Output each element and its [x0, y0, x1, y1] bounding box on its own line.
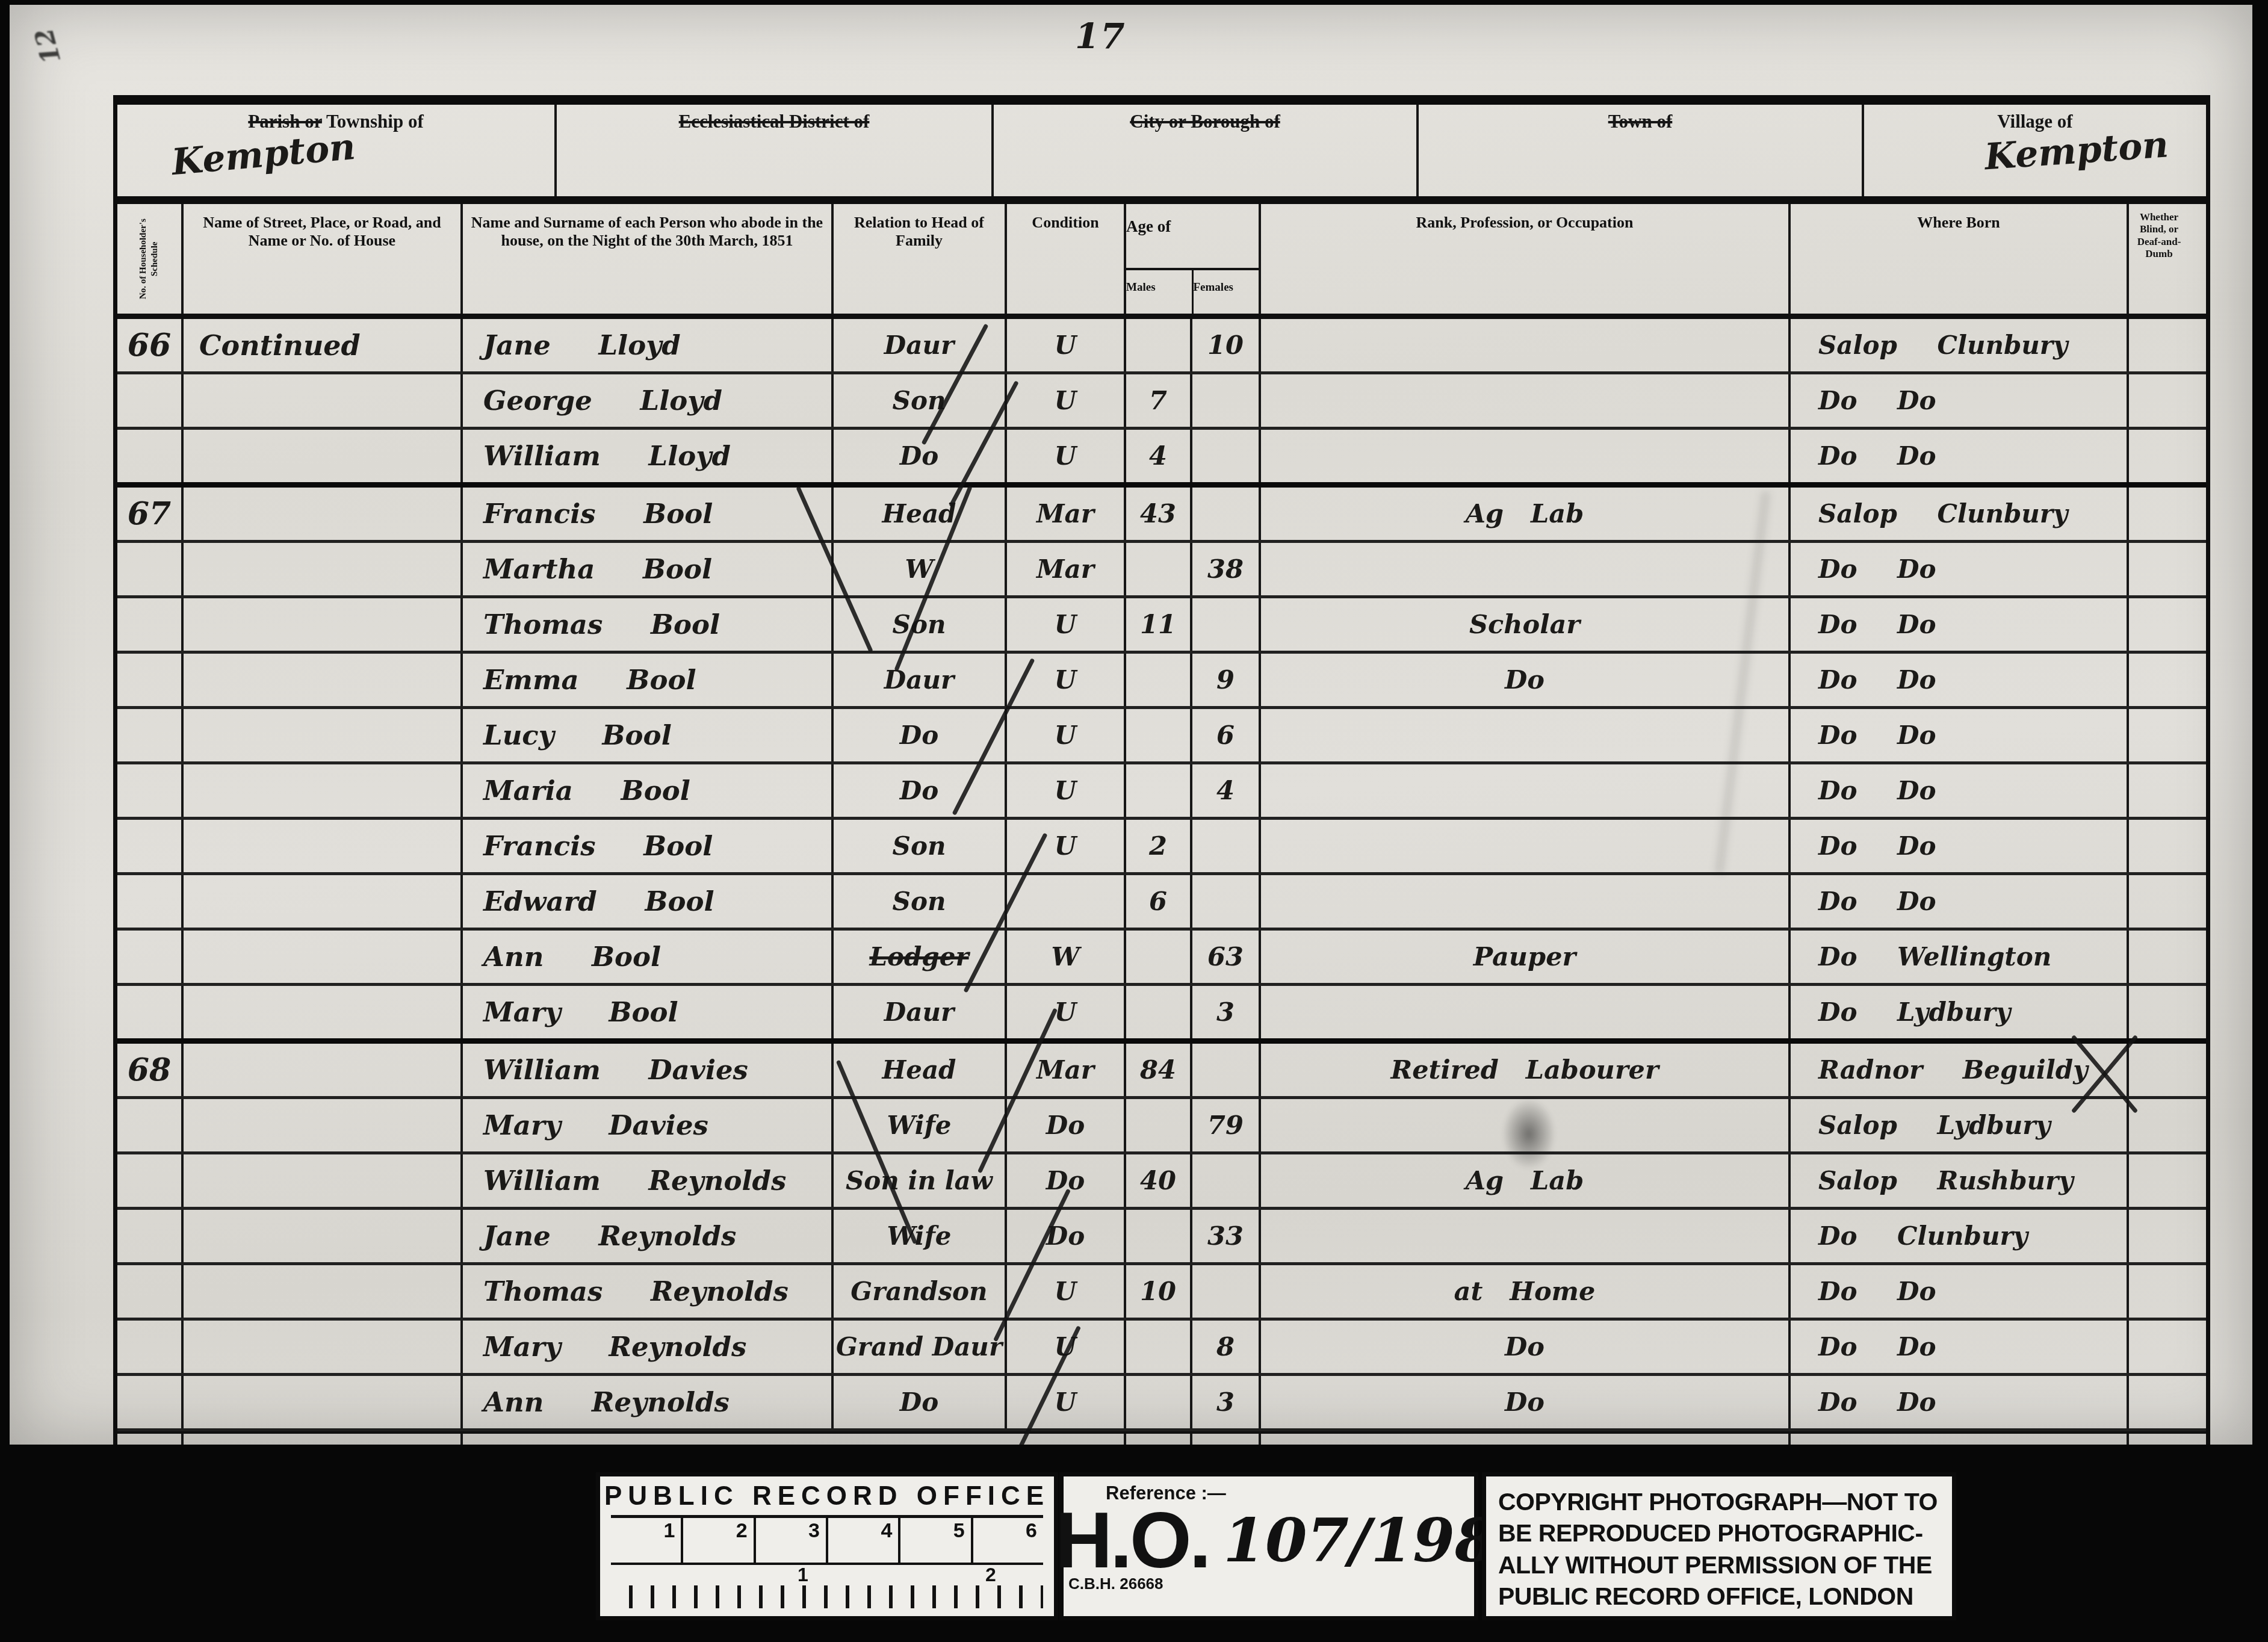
table-row: 67 Francis Bool Head Mar 43 Ag Lab Salop… [117, 488, 2206, 543]
age-subheaders: Males Females [1126, 268, 1259, 314]
condition-cell: U [1007, 709, 1126, 761]
schedule-number [117, 1321, 184, 1373]
blind-cell [2129, 1154, 2189, 1207]
age-female-cell: 10 [1192, 319, 1261, 371]
age-female-cell [1192, 820, 1261, 872]
where-born-cell: Do Lydbury [1791, 986, 2129, 1038]
where-born-cell: Do Do [1791, 374, 2129, 427]
margin-pencil-note: 12 [29, 25, 66, 67]
relation-cell: Son [834, 820, 1007, 872]
blind-cell [2129, 820, 2189, 872]
age-male-cell: 7 [1126, 374, 1192, 427]
relation-cell: Head [834, 488, 1007, 540]
col-occupation-header: Rank, Profession, or Occupation [1261, 204, 1791, 314]
col-schedule-header: No. of Householder's Schedule [117, 204, 184, 314]
occupation-cell [1261, 374, 1791, 427]
heading-town: Town of [1419, 105, 1864, 196]
street-cell [184, 1210, 463, 1262]
condition-cell: Mar [1007, 488, 1126, 540]
where-born-cell: Do Do [1791, 598, 2129, 651]
age-female-cell [1192, 1154, 1261, 1207]
where-born-cell: Do Do [1791, 709, 2129, 761]
age-female-cell: 63 [1192, 931, 1261, 983]
heading-village: Village of Kempton [1864, 105, 2206, 196]
table-row: George Lloyd Son U 7 Do Do [117, 374, 2206, 430]
age-female-cell: 4 [1192, 764, 1261, 817]
census-paper-sheet: 17 12 Parish or Township of Kempton Eccl… [10, 5, 2252, 1445]
table-row: Francis Bool Son U 2 Do Do [117, 820, 2206, 875]
table-row: Mary Bool Daur U 3 Do Lydbury [117, 986, 2206, 1044]
condition-cell: U [1007, 654, 1126, 706]
age-male-cell [1126, 709, 1192, 761]
relation-cell: Daur [834, 319, 1007, 371]
schedule-number [117, 1376, 184, 1428]
schedule-number [117, 709, 184, 761]
age-male-cell [1126, 986, 1192, 1038]
street-cell [184, 430, 463, 482]
condition-cell: Do [1007, 1099, 1126, 1151]
ink-blot [1502, 1098, 1556, 1170]
blind-cell [2129, 875, 2189, 928]
reference-prefix: H.O. [1055, 1495, 1209, 1585]
person-name: Mary Reynolds [463, 1321, 834, 1373]
age-female-cell [1192, 598, 1261, 651]
relation-cell: Daur [834, 986, 1007, 1038]
relation-cell: Son [834, 374, 1007, 427]
relation-cell: Head [834, 1044, 1007, 1096]
age-male-cell: 84 [1126, 1044, 1192, 1096]
person-name: Thomas Bool [463, 598, 834, 651]
cbh-number: C.B.H. 26668 [1068, 1575, 1474, 1593]
occupation-cell [1261, 764, 1791, 817]
relation-cell: Daur [834, 654, 1007, 706]
age-female-cell [1192, 430, 1261, 482]
age-male-cell: 6 [1126, 875, 1192, 928]
occupation-cell: Pauper [1261, 931, 1791, 983]
table-row: Thomas Bool Son U 11 Scholar Do Do [117, 598, 2206, 654]
person-name: Maria Bool [463, 764, 834, 817]
person-name: Edward Bool [463, 875, 834, 928]
person-name: Martha Bool [463, 543, 834, 595]
ruler-scale: 1 2 3 4 5 6 1 2 [611, 1515, 1043, 1608]
parish-value: Kempton [170, 126, 358, 184]
table-row: Ann Bool Lodger W 63 Pauper Do Wellingto… [117, 931, 2206, 986]
condition-cell: Mar [1007, 543, 1126, 595]
condition-cell [1007, 875, 1126, 928]
blind-cell [2129, 430, 2189, 482]
relation-cell: Grandson [834, 1265, 1007, 1318]
pro-title: PUBLIC RECORD OFFICE [600, 1481, 1054, 1511]
condition-cell: U [1007, 986, 1126, 1038]
age-female-cell [1192, 1265, 1261, 1318]
age-female-cell [1192, 374, 1261, 427]
person-name: Ann Bool [463, 931, 834, 983]
age-male-cell: 40 [1126, 1154, 1192, 1207]
occupation-cell [1261, 543, 1791, 595]
table-row: Martha Bool W Mar 38 Do Do [117, 543, 2206, 598]
relation-cell: Do [834, 430, 1007, 482]
occupation-cell: Do [1261, 654, 1791, 706]
blind-cell [2129, 1376, 2189, 1428]
table-row: Emma Bool Daur U 9 Do Do Do [117, 654, 2206, 709]
table-row: Thomas Reynolds Grandson U 10 at Home Do… [117, 1265, 2206, 1321]
age-female-cell [1192, 488, 1261, 540]
condition-cell: U [1007, 764, 1126, 817]
age-female-cell: 8 [1192, 1321, 1261, 1373]
condition-cell: U [1007, 374, 1126, 427]
condition-cell: U [1007, 820, 1126, 872]
age-male-cell [1126, 1321, 1192, 1373]
where-born-cell: Do Do [1791, 1265, 2129, 1318]
age-male-cell [1126, 1376, 1192, 1428]
street-cell [184, 488, 463, 540]
town-label: Town of [1419, 111, 1862, 132]
blind-cell [2129, 986, 2189, 1038]
age-female-cell: 3 [1192, 1376, 1261, 1428]
heading-ecclesiastical: Ecclesiastical District of [557, 105, 994, 196]
table-row: Jane Reynolds Wife Do 33 Do Clunbury [117, 1210, 2206, 1265]
person-name: William Lloyd [463, 430, 834, 482]
table-row: 66 Continued Jane Lloyd Daur U 10 Salop … [117, 319, 2206, 374]
person-name: Jane Lloyd [463, 319, 834, 371]
age-female-cell: 38 [1192, 543, 1261, 595]
street-cell [184, 1154, 463, 1207]
relation-cell: Grand Daur [834, 1321, 1007, 1373]
schedule-number: 67 [117, 488, 184, 540]
age-female-cell: 6 [1192, 709, 1261, 761]
col-born-header: Where Born [1791, 204, 2129, 314]
where-born-cell: Do Wellington [1791, 931, 2129, 983]
street-cell [184, 1044, 463, 1096]
where-born-cell: Salop Clunbury [1791, 488, 2129, 540]
age-male-cell [1126, 319, 1192, 371]
photo-caption-band: PUBLIC RECORD OFFICE 1 2 3 4 5 6 1 2 Ref… [0, 1445, 2268, 1642]
table-row: Ann Reynolds Do U 3 Do Do Do [117, 1376, 2206, 1431]
blind-cell [2129, 1210, 2189, 1262]
table-row: Mary Davies Wife Do 79 Salop Lydbury [117, 1099, 2206, 1154]
district-heading-row: Parish or Township of Kempton Ecclesiast… [117, 105, 2206, 204]
col-age-header: Age of Males Females [1126, 204, 1261, 314]
street-cell [184, 1099, 463, 1151]
schedule-number [117, 931, 184, 983]
age-male-cell: 4 [1126, 430, 1192, 482]
census-scan-page: 17 12 Parish or Township of Kempton Eccl… [0, 0, 2268, 1642]
where-born-cell: Do Do [1791, 1376, 2129, 1428]
age-male-cell [1126, 931, 1192, 983]
occupation-cell: Do [1261, 1376, 1791, 1428]
blind-cell [2129, 709, 2189, 761]
relation-cell: Do [834, 1376, 1007, 1428]
where-born-cell: Do Clunbury [1791, 1210, 2129, 1262]
blind-cell [2129, 374, 2189, 427]
schedule-number [117, 764, 184, 817]
census-table: Parish or Township of Kempton Ecclesiast… [113, 95, 2210, 1507]
table-row: William Lloyd Do U 4 Do Do [117, 430, 2206, 488]
occupation-cell: Retired Labourer [1261, 1044, 1791, 1096]
age-female-cell: 3 [1192, 986, 1261, 1038]
schedule-number [117, 820, 184, 872]
street-cell [184, 709, 463, 761]
age-male-cell [1126, 654, 1192, 706]
schedule-number [117, 1210, 184, 1262]
table-row: Edward Bool Son 6 Do Do [117, 875, 2206, 931]
schedule-number [117, 543, 184, 595]
males-label: Males [1126, 270, 1192, 314]
where-born-cell: Do Do [1791, 1321, 2129, 1373]
occupation-cell: Do [1261, 1321, 1791, 1373]
blind-cell [2129, 1321, 2189, 1373]
relation-cell: W [834, 543, 1007, 595]
age-male-cell: 11 [1126, 598, 1192, 651]
table-row: William Reynolds Son in law Do 40 Ag Lab… [117, 1154, 2206, 1210]
blind-cell [2129, 598, 2189, 651]
age-female-cell: 79 [1192, 1099, 1261, 1151]
condition-cell: U [1007, 319, 1126, 371]
blind-cell [2129, 931, 2189, 983]
age-male-cell: 2 [1126, 820, 1192, 872]
occupation-cell [1261, 709, 1791, 761]
condition-cell: U [1007, 430, 1126, 482]
street-cell [184, 654, 463, 706]
ruler-inch-scale: 1 2 [611, 1565, 1043, 1608]
street-cell [184, 820, 463, 872]
schedule-number [117, 986, 184, 1038]
where-born-cell: Salop Rushbury [1791, 1154, 2129, 1207]
condition-cell: U [1007, 1265, 1126, 1318]
condition-cell: U [1007, 1376, 1126, 1428]
blind-cell [2129, 1044, 2189, 1096]
person-name: William Reynolds [463, 1154, 834, 1207]
reference-line: H.O. 107/1983 [1055, 1495, 1474, 1585]
col-relation-header: Relation to Head of Family [834, 204, 1007, 314]
where-born-cell: Do Do [1791, 764, 2129, 817]
occupation-cell [1261, 430, 1791, 482]
person-name: Francis Bool [463, 488, 834, 540]
schedule-number [117, 1154, 184, 1207]
street-cell [184, 931, 463, 983]
schedule-number [117, 1099, 184, 1151]
person-name: Emma Bool [463, 654, 834, 706]
age-male-cell: 43 [1126, 488, 1192, 540]
heading-parish: Parish or Township of Kempton [117, 105, 557, 196]
schedule-number [117, 374, 184, 427]
street-cell [184, 1376, 463, 1428]
page-number: 17 [1075, 16, 1126, 57]
blind-cell [2129, 654, 2189, 706]
schedule-number [117, 875, 184, 928]
person-name: Ann Reynolds [463, 1376, 834, 1428]
blind-cell [2129, 1099, 2189, 1151]
occupation-cell [1261, 1210, 1791, 1262]
age-of-label: Age of [1126, 204, 1259, 268]
where-born-cell: Do Do [1791, 875, 2129, 928]
street-cell [184, 543, 463, 595]
person-name: Mary Davies [463, 1099, 834, 1151]
city-label: City or Borough of [994, 111, 1416, 132]
relation-cell: Wife [834, 1210, 1007, 1262]
occupation-cell: Scholar [1261, 598, 1791, 651]
where-born-cell: Do Do [1791, 430, 2129, 482]
where-born-cell: Do Do [1791, 543, 2129, 595]
occupation-cell: at Home [1261, 1265, 1791, 1318]
occupation-cell [1261, 820, 1791, 872]
blind-cell [2129, 543, 2189, 595]
schedule-number: 66 [117, 319, 184, 371]
occupation-cell [1261, 319, 1791, 371]
occupation-cell [1261, 875, 1791, 928]
person-name: Lucy Bool [463, 709, 834, 761]
schedule-number: 68 [117, 1044, 184, 1096]
person-name: Francis Bool [463, 820, 834, 872]
occupation-cell [1261, 986, 1791, 1038]
street-cell [184, 986, 463, 1038]
age-female-cell [1192, 875, 1261, 928]
person-name: George Lloyd [463, 374, 834, 427]
copyright-stamp: COPYRIGHT PHOTOGRAPH—NOT TO BE REPRODUCE… [1482, 1472, 1956, 1620]
street-cell [184, 764, 463, 817]
occupation-cell: Ag Lab [1261, 488, 1791, 540]
schedule-number [117, 598, 184, 651]
schedule-number [117, 654, 184, 706]
blind-cell [2129, 488, 2189, 540]
street-cell [184, 598, 463, 651]
age-male-cell [1126, 764, 1192, 817]
street-cell [184, 1321, 463, 1373]
schedule-number [117, 430, 184, 482]
condition-cell: Do [1007, 1210, 1126, 1262]
table-row: Mary Reynolds Grand Daur U 8 Do Do Do [117, 1321, 2206, 1376]
table-body: 66 Continued Jane Lloyd Daur U 10 Salop … [117, 319, 2206, 1431]
public-record-office-stamp: PUBLIC RECORD OFFICE 1 2 3 4 5 6 1 2 [596, 1472, 1058, 1620]
age-female-cell: 33 [1192, 1210, 1261, 1262]
person-name: William Davies [463, 1044, 834, 1096]
person-name: Jane Reynolds [463, 1210, 834, 1262]
table-row: Lucy Bool Do U 6 Do Do [117, 709, 2206, 764]
reference-stamp: Reference :— H.O. 107/1983 C.B.H. 26668 [1059, 1472, 1478, 1620]
age-female-cell [1192, 1044, 1261, 1096]
age-male-cell [1126, 1099, 1192, 1151]
condition-cell: W [1007, 931, 1126, 983]
where-born-cell: Salop Clunbury [1791, 319, 2129, 371]
person-name: Mary Bool [463, 986, 834, 1038]
street-cell [184, 875, 463, 928]
age-male-cell [1126, 1210, 1192, 1262]
blind-cell [2129, 319, 2189, 371]
person-name: Thomas Reynolds [463, 1265, 834, 1318]
heading-city: City or Borough of [994, 105, 1419, 196]
col-street-header: Name of Street, Place, or Road, and Name… [184, 204, 463, 314]
col-blind-header: Whether Blind, or Deaf-and-Dumb [2129, 204, 2189, 314]
table-row: Maria Bool Do U 4 Do Do [117, 764, 2206, 820]
blind-cell [2129, 764, 2189, 817]
blind-cell [2129, 1265, 2189, 1318]
col-name-header: Name and Surname of each Person who abod… [463, 204, 834, 314]
ruler-cm-scale: 1 2 3 4 5 6 [611, 1515, 1043, 1565]
relation-cell: Do [834, 764, 1007, 817]
where-born-cell: Radnor Beguildy [1791, 1044, 2129, 1096]
relation-cell: Do [834, 709, 1007, 761]
age-female-cell: 9 [1192, 654, 1261, 706]
relation-cell: Son [834, 875, 1007, 928]
condition-cell: U [1007, 598, 1126, 651]
where-born-cell: Do Do [1791, 654, 2129, 706]
column-header-row: No. of Householder's Schedule Name of St… [117, 204, 2206, 319]
females-label: Females [1192, 270, 1259, 314]
table-row: 68 William Davies Head Mar 84 Retired La… [117, 1044, 2206, 1099]
street-cell [184, 1265, 463, 1318]
street-cell: Continued [184, 319, 463, 371]
ecclesiastical-label: Ecclesiastical District of [557, 111, 991, 132]
where-born-cell: Do Do [1791, 820, 2129, 872]
schedule-number [117, 1265, 184, 1318]
street-cell [184, 374, 463, 427]
age-male-cell: 10 [1126, 1265, 1192, 1318]
age-male-cell [1126, 543, 1192, 595]
col-condition-header: Condition [1007, 204, 1126, 314]
